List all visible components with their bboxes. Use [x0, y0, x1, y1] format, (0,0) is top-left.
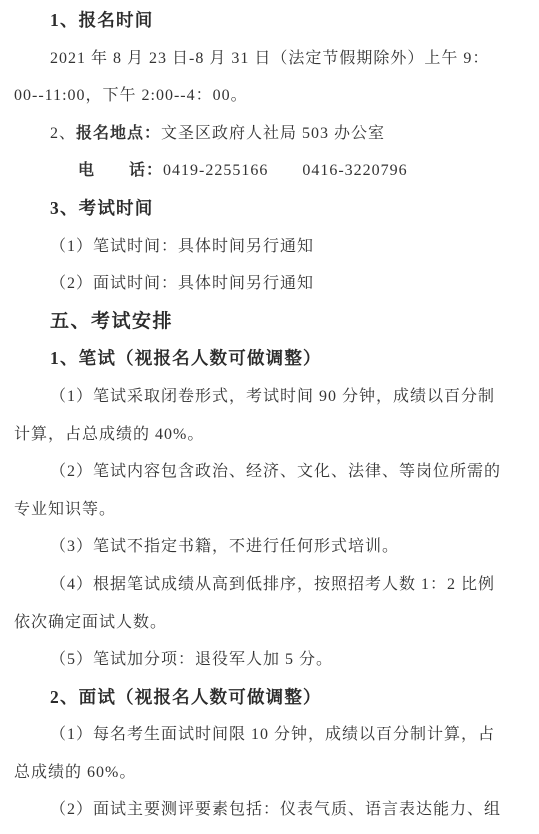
written-exam-item-1: （1）笔试采取闭卷形式，考试时间 90 分钟，成绩以百分制 计算，占总成绩的 4…	[14, 378, 523, 453]
interview-item-2: （2）面试主要测评要素包括：仪表气质、语言表达能力、组	[14, 791, 523, 829]
written-exam-item-3: （3）笔试不指定书籍，不进行任何形式培训。	[14, 528, 523, 566]
registration-time-heading: 1、报名时间	[14, 2, 523, 40]
written-exam-time-item: （1）笔试时间：具体时间另行通知	[14, 228, 523, 266]
exam-time-heading: 3、考试时间	[14, 190, 523, 228]
interview-time-item: （2）面试时间：具体时间另行通知	[14, 265, 523, 303]
phone-line: 电 话：0419-2255166 0416-3220796	[14, 152, 523, 190]
interview-item-1: （1）每名考生面试时间限 10 分钟，成绩以百分制计算，占 总成绩的 60%。	[14, 716, 523, 791]
phone-label: 电 话：	[78, 162, 163, 179]
phone-numbers: 0419-2255166 0416-3220796	[163, 162, 408, 179]
written-exam-item-5: （5）笔试加分项：退役军人加 5 分。	[14, 641, 523, 679]
written-exam-heading: 1、笔试（视报名人数可做调整）	[14, 340, 523, 378]
registration-location-value: 文圣区政府人社局 503 办公室	[161, 125, 385, 142]
registration-location-number: 2、	[50, 125, 76, 142]
written-exam-item-4: （4）根据笔试成绩从高到低排序，按照招考人数 1：2 比例 依次确定面试人数。	[14, 566, 523, 641]
registration-location-line: 2、报名地点：文圣区政府人社局 503 办公室	[14, 115, 523, 153]
registration-location-label: 报名地点：	[76, 125, 161, 142]
registration-time-text: 2021 年 8 月 23 日-8 月 31 日（法定节假期除外）上午 9： 0…	[14, 40, 523, 115]
written-exam-item-2: （2）笔试内容包含政治、经济、文化、法律、等岗位所需的 专业知识等。	[14, 453, 523, 528]
document-page: 1、报名时间 2021 年 8 月 23 日-8 月 31 日（法定节假期除外）…	[0, 0, 539, 834]
interview-heading: 2、面试（视报名人数可做调整）	[14, 679, 523, 717]
section-five-heading: 五、考试安排	[14, 303, 523, 341]
